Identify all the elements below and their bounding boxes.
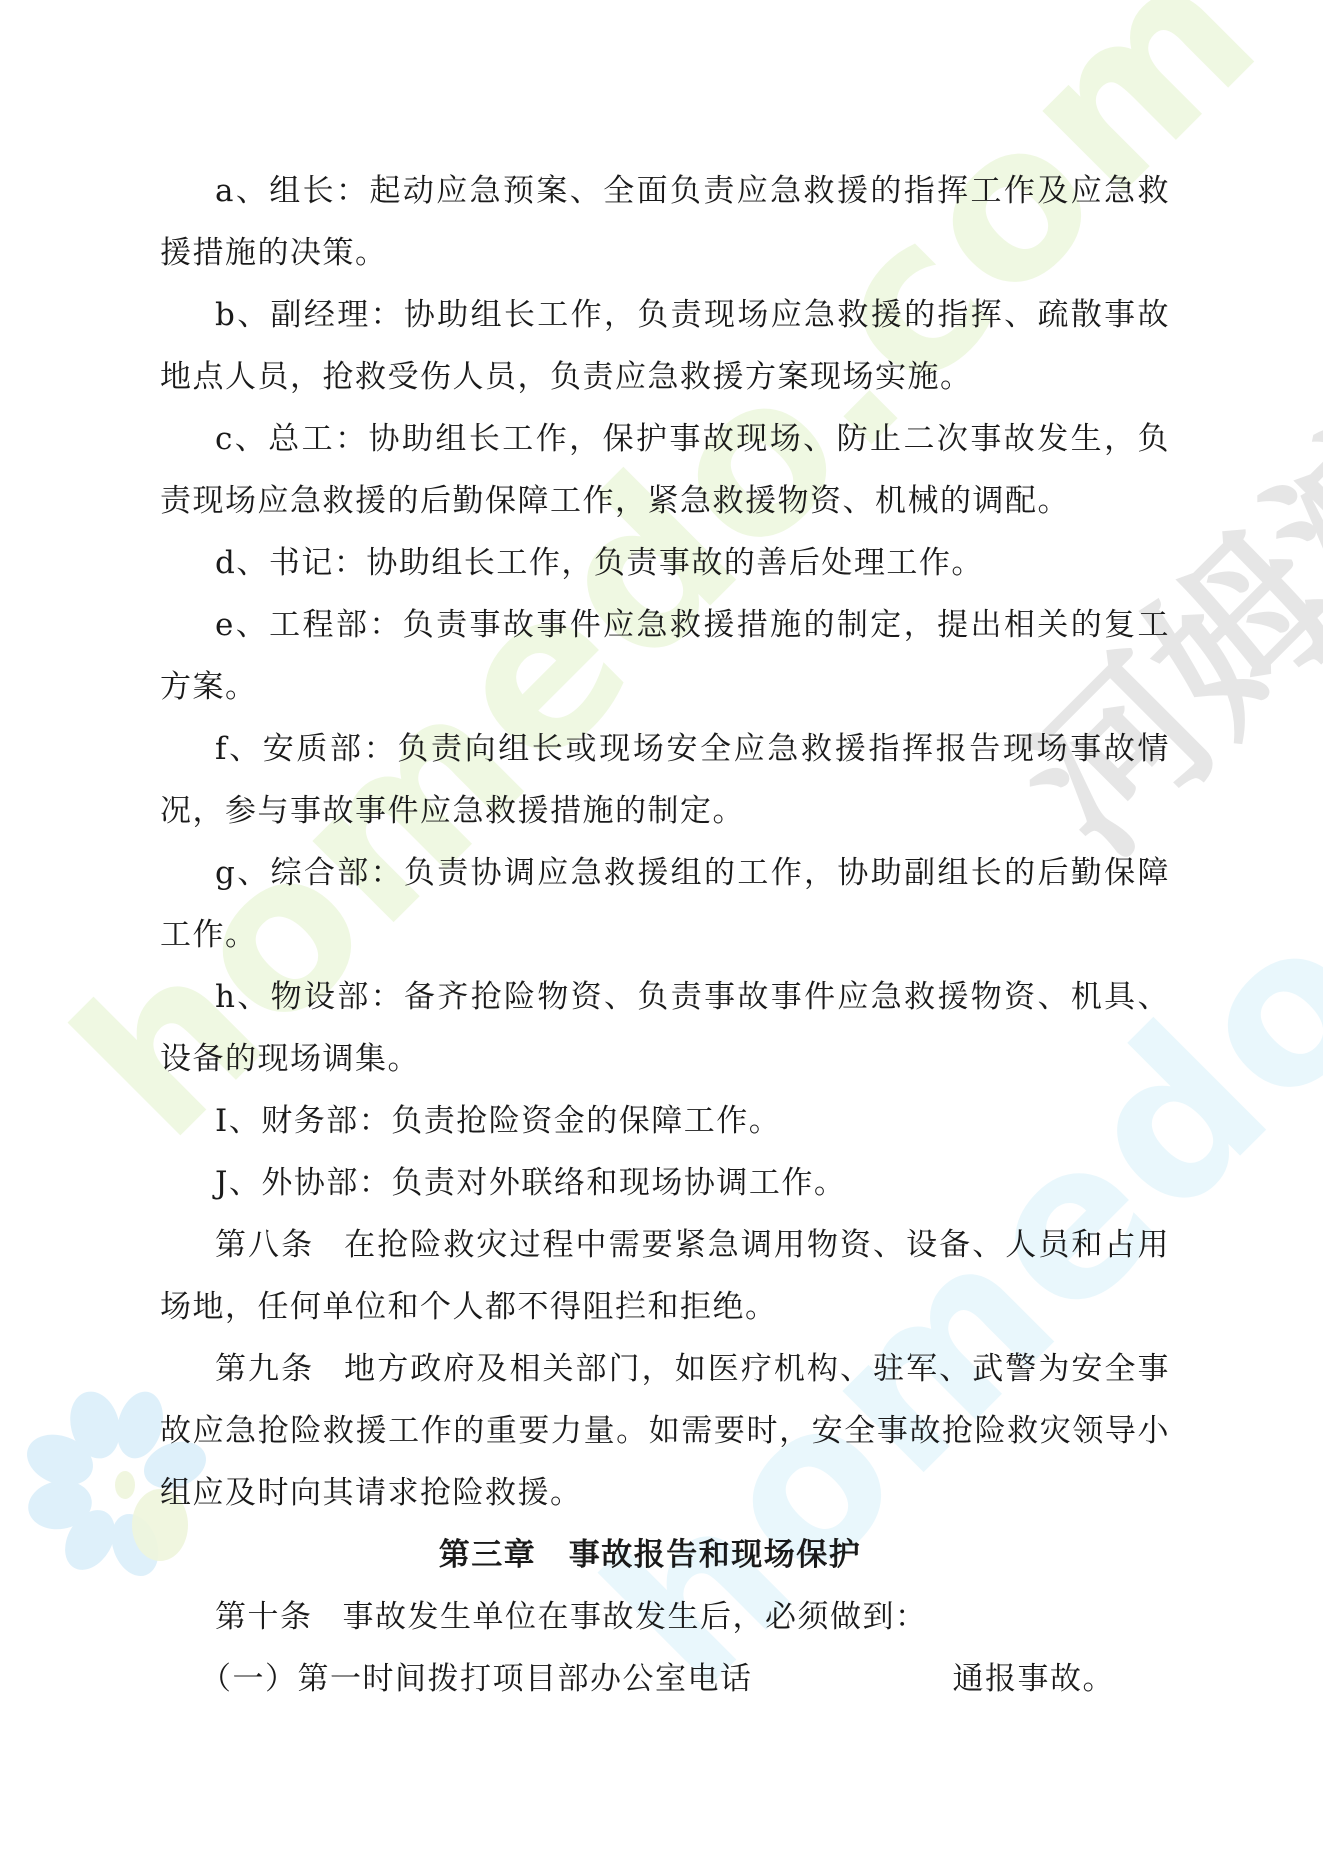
duty-paragraph-h: h、物设部：备齐抢险物资、负责事故事件应急救援物资、机具、设备的现场调集。 (160, 966, 1170, 1090)
duty-paragraph-e: e、工程部：负责事故事件应急救援措施的制定，提出相关的复工方案。 (160, 594, 1170, 718)
duty-paragraph-b: b、副经理：协助组长工作，负责现场应急救援的指挥、疏散事故地点人员，抢救受伤人员… (160, 284, 1170, 408)
article-10-label: 第十条 (215, 1599, 313, 1635)
article-10-item-1: （一） 第一时间拨打项目部办公室电话 通报事故。 (160, 1648, 1170, 1710)
duty-paragraph-d: d、书记：协助组长工作，负责事故的善后处理工作。 (160, 532, 1170, 594)
article-9: 第九条地方政府及相关部门，如医疗机构、驻军、武警为安全事故应急抢险救援工作的重要… (160, 1338, 1170, 1524)
item-1-text-before: 第一时间拨打项目部办公室电话 (298, 1648, 753, 1710)
chapter-3-title: 第三章 事故报告和现场保护 (160, 1524, 1170, 1586)
phone-blank (753, 1648, 953, 1710)
duty-paragraph-j: J、外协部：负责对外联络和现场协调工作。 (160, 1152, 1170, 1214)
article-9-label: 第九条 (215, 1351, 314, 1387)
article-8-label: 第八条 (215, 1227, 314, 1263)
duty-paragraph-c: c、总工：协助组长工作，保护事故现场、防止二次事故发生，负责现场应急救援的后勤保… (160, 408, 1170, 532)
duty-paragraph-i: I、财务部：负责抢险资金的保障工作。 (160, 1090, 1170, 1152)
item-1-text-after: 通报事故。 (953, 1648, 1116, 1710)
duty-paragraph-g: g、综合部：负责协调应急救援组的工作，协助副组长的后勤保障工作。 (160, 842, 1170, 966)
article-10-text: 事故发生单位在事故发生后，必须做到： (343, 1599, 928, 1635)
document-page: a、组长：起动应急预案、全面负责应急救援的指挥工作及应急救援措施的决策。 b、副… (160, 160, 1170, 1710)
duty-paragraph-f: f、安质部：负责向组长或现场安全应急救援指挥报告现场事故情况，参与事故事件应急救… (160, 718, 1170, 842)
item-1-label: （一） (200, 1648, 298, 1710)
article-8: 第八条在抢险救灾过程中需要紧急调用物资、设备、人员和占用场地，任何单位和个人都不… (160, 1214, 1170, 1338)
duty-paragraph-a: a、组长：起动应急预案、全面负责应急救援的指挥工作及应急救援措施的决策。 (160, 160, 1170, 284)
article-10: 第十条事故发生单位在事故发生后，必须做到： (160, 1586, 1170, 1648)
